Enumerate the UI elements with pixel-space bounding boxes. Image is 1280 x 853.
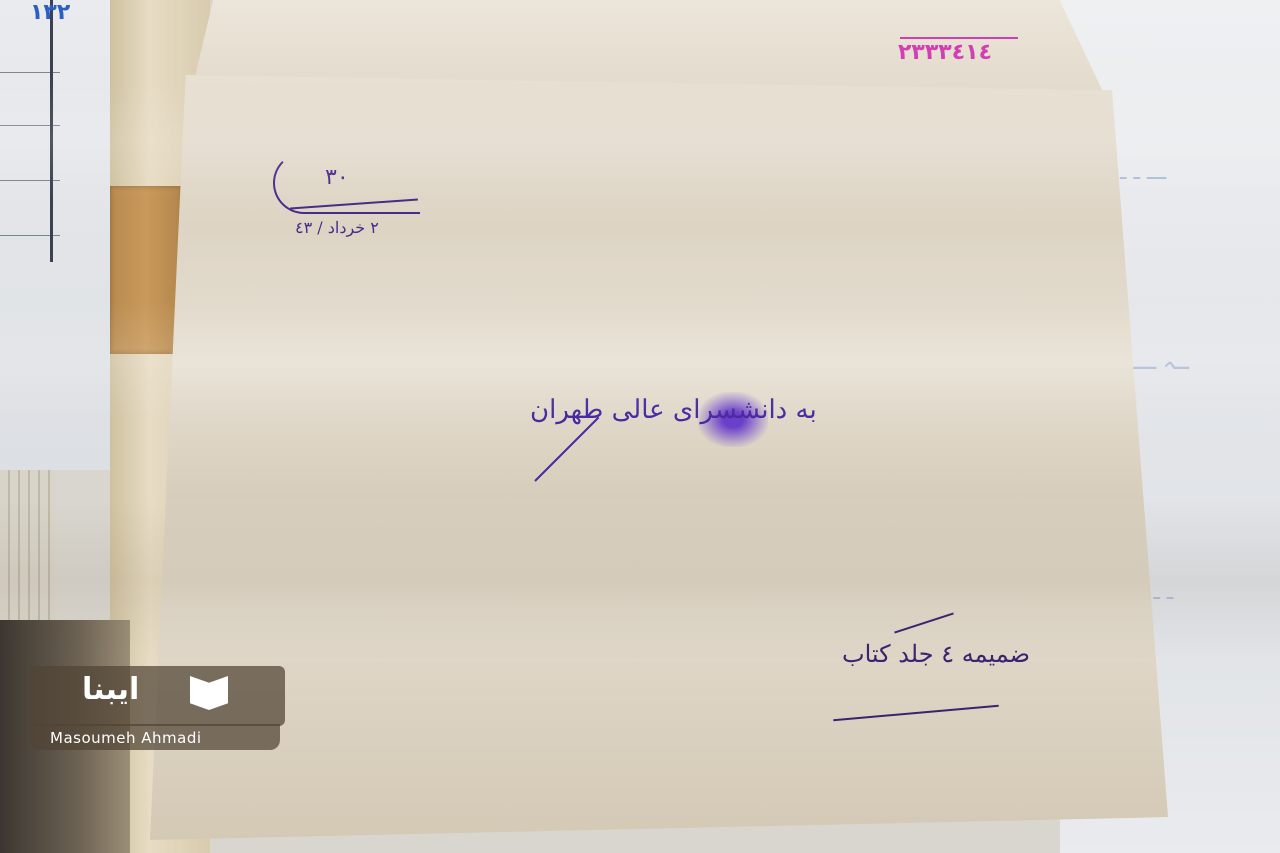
faint-handwriting: ـــ ـ ـ (1120, 160, 1166, 185)
pink-underline (900, 37, 1018, 39)
enclosure-note: ضمیمه ٤ جلد کتاب (842, 640, 1030, 668)
photo-credit: Masoumeh Ahmadi (50, 729, 202, 747)
paper-stack (0, 470, 55, 640)
address-text: به دانشسرای عالی طهران (530, 395, 817, 425)
stamp-date: ٢ خرداد / ٤٣ (295, 218, 379, 237)
left-blue-mark: ١٣٢ (30, 0, 70, 25)
watermark-panel (30, 666, 285, 726)
faint-handwriting: ـہ ــ (1130, 350, 1189, 375)
tape-strip (110, 186, 182, 354)
stamp-number: ٣٠ (325, 165, 349, 190)
background-paper-left: ١٣٢ (0, 0, 125, 470)
watermark-logo-text: ایبنا (82, 672, 139, 707)
photo-scene: ـــ ـ ـ ـہ ــ ـ ـ ـ ١٣٢ ٢٣٣٣٤١٤ ٣٠ ٢ خرد… (0, 0, 1280, 853)
pink-number: ٢٣٣٣٤١٤ (898, 40, 992, 65)
